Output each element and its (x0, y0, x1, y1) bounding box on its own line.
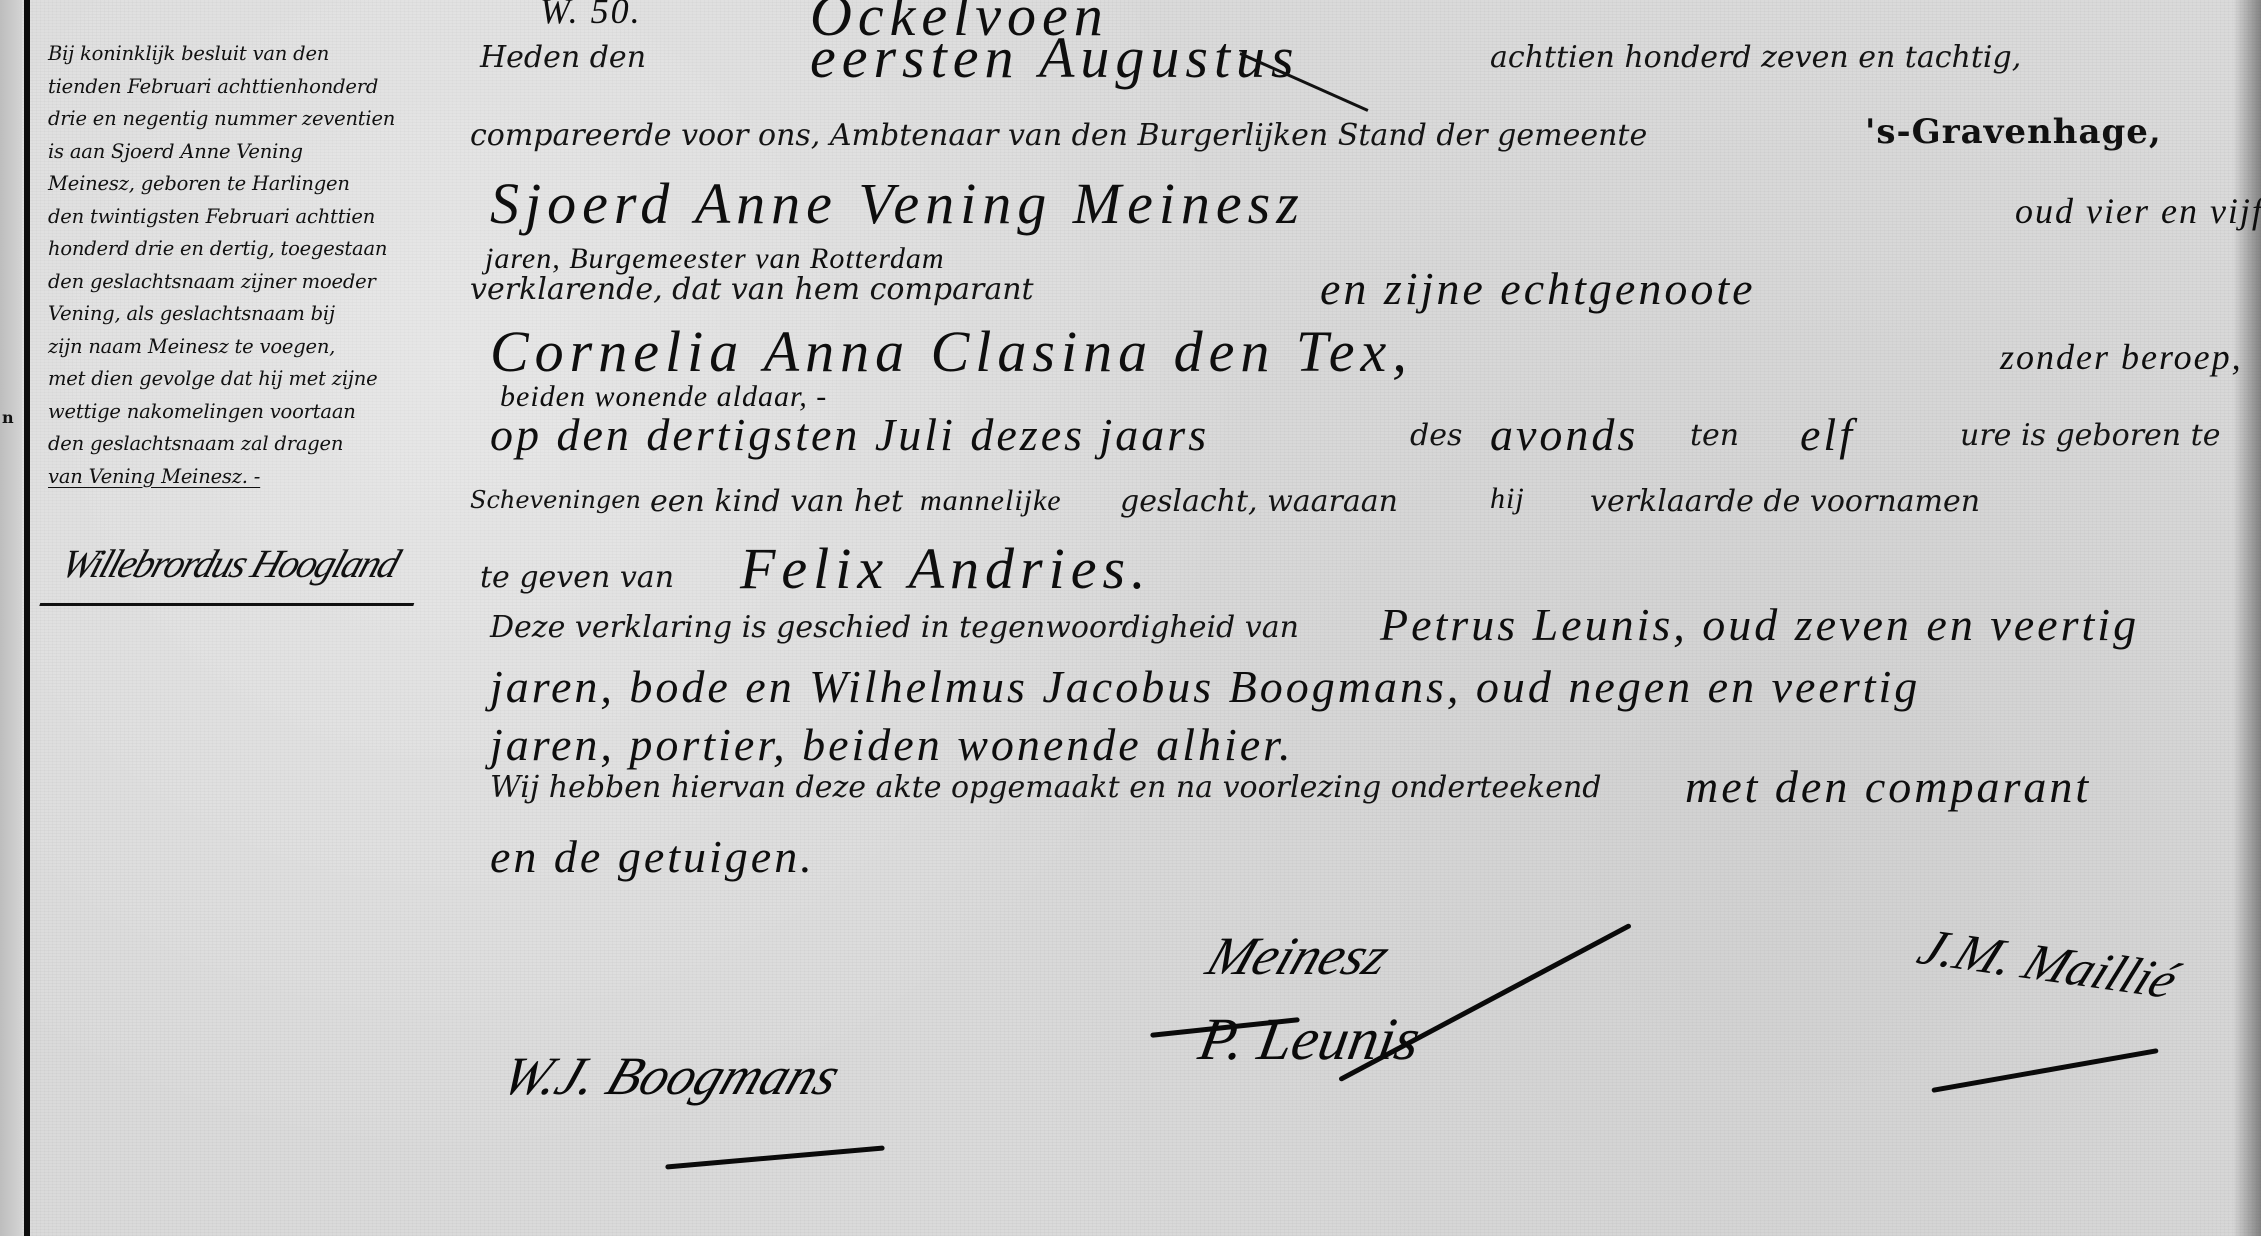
witnesses-residence: jaren, portier, beiden wonende alhier. (490, 718, 1293, 771)
margin-line: wettige nakomelingen voortaan (48, 396, 488, 429)
margin-line: den geslachtsnaam zal dragen (48, 428, 488, 461)
margin-line: zijn naam Meinesz te voegen, (48, 331, 488, 364)
page-right-edge-shadow (2233, 0, 2261, 1236)
margin-line: van Vening Meinesz. - (48, 461, 488, 494)
birth-hour: elf (1800, 408, 1855, 461)
printed-kind: een kind van het (650, 484, 903, 519)
father-occupation: jaren, Burgemeester van Rotterdam (485, 242, 945, 276)
signed-with-comparant: met den comparant (1685, 760, 2091, 813)
margin-line: honderd drie en dertig, toegestaan (48, 233, 488, 266)
printed-verklaarde: verklaarde de voornamen (1590, 484, 1980, 519)
printed-geslacht: geslacht, waaraan (1120, 484, 1398, 519)
printed-ten: ten (1690, 418, 1739, 453)
page-left-edge (0, 0, 22, 1236)
birth-date: op den dertigsten Juli dezes jaars (490, 408, 1209, 461)
printed-ure-geboren: ure is geboren te (1960, 418, 2220, 453)
printed-verklarende: verklarende, dat van hem comparant (470, 272, 1034, 307)
father-age: oud vier en vijftig (2015, 190, 2261, 232)
printed-compareerde: compareerde voor ons, Ambtenaar van den … (470, 118, 1647, 153)
municipality: 's-Gravenhage, (1865, 112, 2162, 152)
margin-signature: Willebrordus Hoogland (39, 540, 434, 606)
margin-line: Vening, als geslachtsnaam bij (48, 298, 488, 331)
margin-line: tienden Februari achttienhonderd (48, 71, 488, 104)
printed-des: des (1410, 418, 1462, 453)
margin-line: Bij koninklijk besluit van den (48, 38, 488, 71)
margin-rule (24, 0, 30, 1236)
printed-deze-verklaring: Deze verklaring is geschied in tegenwoor… (490, 610, 1299, 645)
printed-year: achttien honderd zeven en tachtig, (1490, 40, 2021, 75)
signature-witness1: P. Leunis (1194, 1005, 1425, 1074)
signature-father: Meinesz (1199, 925, 1399, 987)
margin-line: Meinesz, geboren te Harlingen (48, 168, 488, 201)
margin-line: met dien gevolge dat hij met zijne (48, 363, 488, 396)
spouse-phrase: en zijne echtgenoote (1320, 262, 1756, 315)
signature-registrar: J.M. Maillié (1909, 919, 2186, 1011)
record-number: W. 50. (540, 0, 642, 32)
birth-time: avonds (1490, 408, 1638, 461)
document-page: n Bij koninklijk besluit van den tienden… (0, 0, 2261, 1236)
signature-flourish (665, 1145, 885, 1169)
witness2-details: jaren, bode en Wilhelmus Jacobus Boogman… (490, 660, 1920, 713)
margin-annotation: Bij koninklijk besluit van den tienden F… (48, 38, 488, 493)
pronoun: hij (1490, 482, 1525, 516)
signature-flourish (1931, 1048, 2158, 1093)
signature-witness2: W.J. Boogmans (494, 1045, 849, 1107)
margin-edge-mark: n (2, 408, 14, 427)
witness1-details: Petrus Leunis, oud zeven en veertig (1380, 598, 2139, 651)
margin-line: den geslachtsnaam zijner moeder (48, 266, 488, 299)
margin-line: drie en negentig nummer zeventien (48, 103, 488, 136)
birth-place: Scheveningen (470, 486, 641, 514)
margin-line: is aan Sjoerd Anne Vening (48, 136, 488, 169)
printed-heden-den: Heden den (480, 40, 646, 75)
mother-occupation: zonder beroep, (2000, 336, 2243, 378)
printed-te-geven: te geven van (480, 560, 674, 595)
mother-name: Cornelia Anna Clasina den Tex, (490, 318, 1413, 385)
child-name: Felix Andries. (740, 535, 1152, 602)
father-name: Sjoerd Anne Vening Meinesz (490, 170, 1305, 237)
margin-line: den twintigsten Februari achttien (48, 201, 488, 234)
printed-wij-hebben: Wij hebben hiervan deze akte opgemaakt e… (490, 770, 1602, 805)
date-handwritten: eersten Augustus (810, 24, 1300, 91)
child-gender: mannelijke (920, 484, 1062, 518)
and-witnesses: en de getuigen. (490, 830, 815, 883)
